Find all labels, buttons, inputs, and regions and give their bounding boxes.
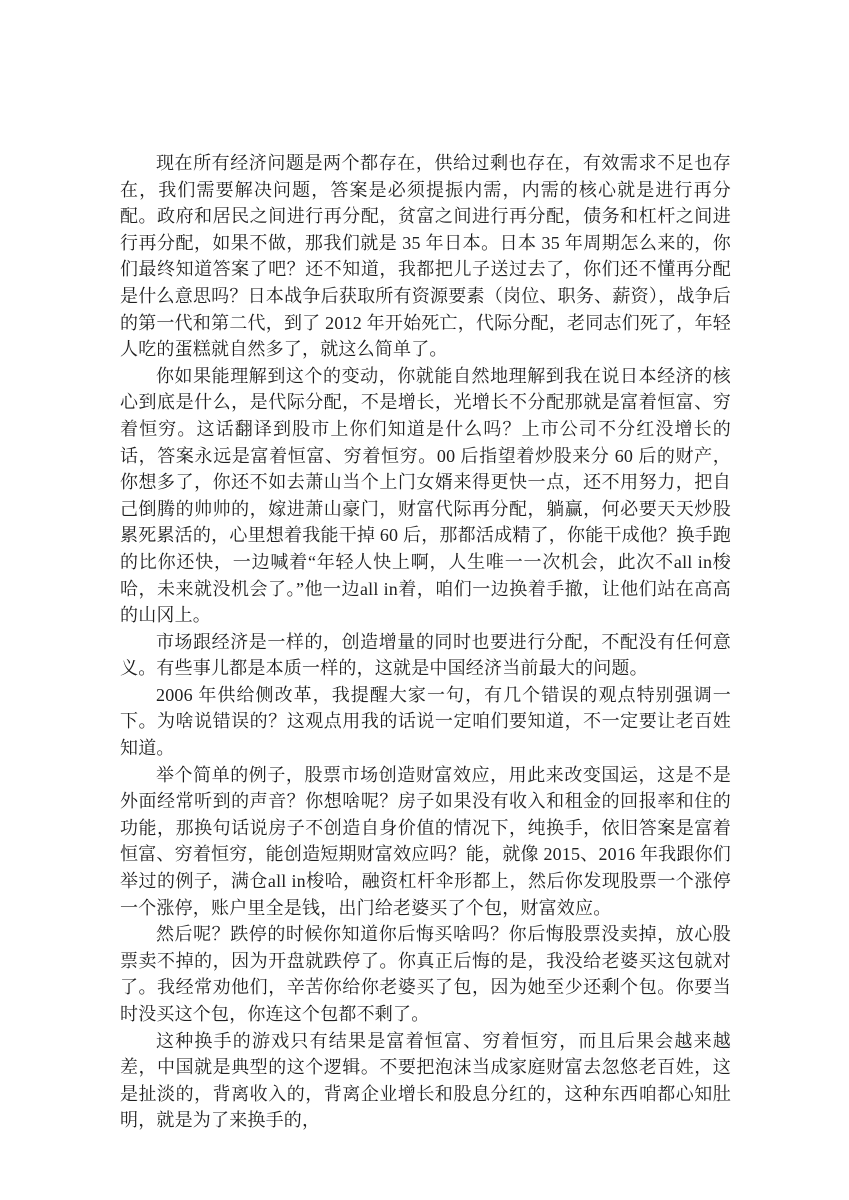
- paragraph-3: 市场跟经济是一样的，创造增量的同时也要进行分配，不配没有任何意义。有些事儿都是本…: [120, 629, 731, 682]
- paragraph-4: 2006 年供给侧改革，我提醒大家一句，有几个错误的观点特别强调一下。为啥说错误…: [120, 682, 731, 762]
- document-text-block: 现在所有经济问题是两个都存在，供给过剩也存在，有效需求不足也存在，我们需要解决问…: [120, 150, 731, 1134]
- paragraph-1: 现在所有经济问题是两个都存在，供给过剩也存在，有效需求不足也存在，我们需要解决问…: [120, 150, 731, 363]
- paragraph-2: 你如果能理解到这个的变动，你就能自然地理解到我在说日本经济的核心到底是什么，是代…: [120, 363, 731, 629]
- paragraph-7: 这种换手的游戏只有结果是富着恒富、穷着恒穷，而且后果会越来越差，中国就是典型的这…: [120, 1028, 731, 1134]
- document-page: 现在所有经济问题是两个都存在，供给过剩也存在，有效需求不足也存在，我们需要解决问…: [0, 0, 849, 1200]
- paragraph-6: 然后呢？跌停的时候你知道你后悔买啥吗？你后悔股票没卖掉，放心股票卖不掉的，因为开…: [120, 921, 731, 1027]
- paragraph-5: 举个简单的例子，股票市场创造财富效应，用此来改变国运，这是不是外面经常听到的声音…: [120, 762, 731, 922]
